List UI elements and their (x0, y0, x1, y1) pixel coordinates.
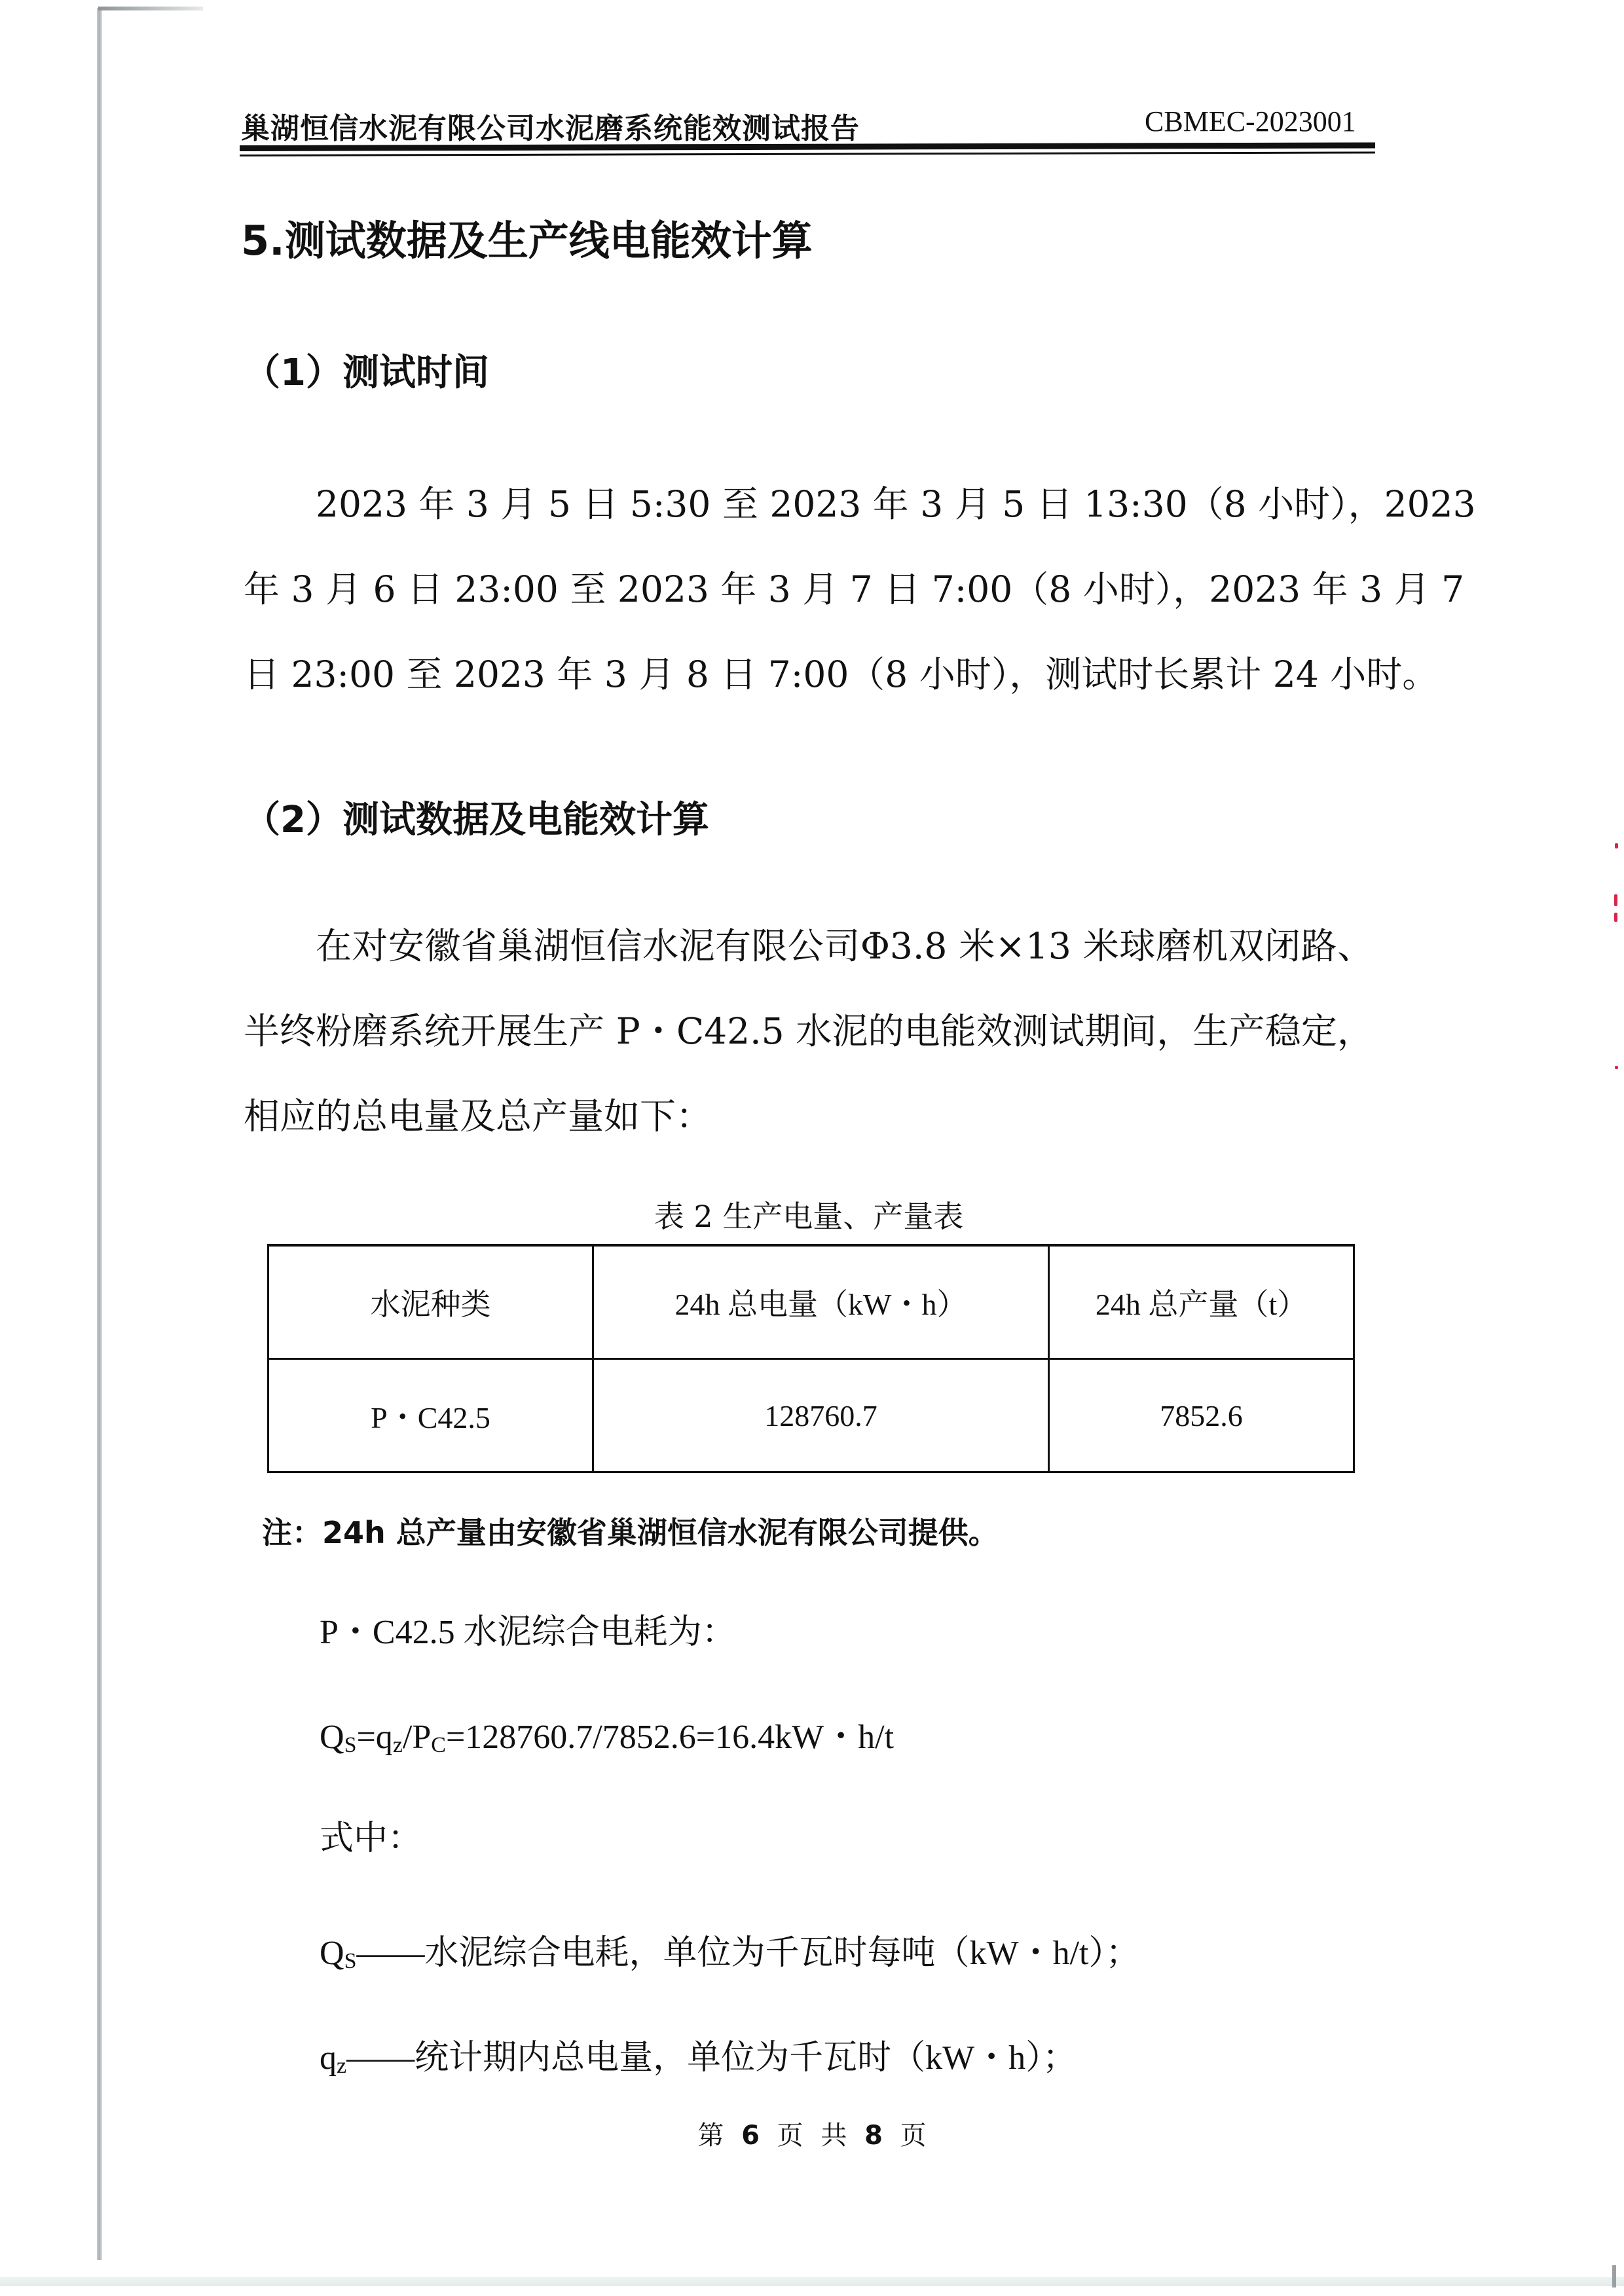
paragraph-line: 年 3 月 6 日 23:00 至 2023 年 3 月 7 日 7:00（8 … (244, 547, 1373, 632)
formula-result: =128760.7/7852.6=16.4kW・h/t (446, 1719, 894, 1756)
definition-qz: qz——统计期内总电量，单位为千瓦时（kW・h）； (320, 2030, 1077, 2079)
def-text: ——统计期内总电量，单位为千瓦时（kW・h）； (346, 2039, 1077, 2077)
def-subscript: S (344, 1949, 357, 1973)
page-number: 第 6 页 共 8 页 (0, 2115, 1624, 2152)
report-code: CBMEC-2023001 (1145, 105, 1356, 138)
scan-page-edge-corner (1612, 2265, 1616, 2287)
scan-page-edge-left (97, 8, 102, 2260)
calc-intro: P・C42.5 水泥综合电耗为： (320, 1604, 736, 1653)
formula-subscript: S (344, 1733, 357, 1757)
production-table: 水泥种类 24h 总电量（kW・h） 24h 总产量（t） P・C42.5 12… (267, 1244, 1355, 1473)
table-caption: 表 2 生产电量、产量表 (0, 1193, 1624, 1236)
formula-symbol: Q (320, 1719, 344, 1756)
seal-edge-mark (1615, 1066, 1618, 1069)
subsection-title-test-data: （2）测试数据及电能效计算 (244, 791, 709, 843)
formula-part: =q (356, 1719, 392, 1756)
column-header-total-power: 24h 总电量（kW・h） (593, 1245, 1049, 1359)
total-pages: 8 (864, 2121, 883, 2151)
column-header-cement-type: 水泥种类 (268, 1245, 593, 1359)
footer-text: 页 共 (777, 2121, 847, 2151)
def-symbol: Q (320, 1935, 344, 1972)
cell-cement-type: P・C42.5 (268, 1359, 593, 1472)
table-header-row: 水泥种类 24h 总电量（kW・h） 24h 总产量（t） (268, 1245, 1354, 1359)
header-rule-thin (240, 151, 1375, 156)
def-subscript: z (337, 2054, 346, 2078)
report-title-header: 巢湖恒信水泥有限公司水泥磨系统能效测试报告 (241, 105, 860, 147)
test-data-paragraph: 在对安徽省巢湖恒信水泥有限公司Φ3.8 米×13 米球磨机双闭路、 半终粉磨系统… (244, 903, 1373, 1159)
scan-page-edge-top (98, 7, 203, 10)
seal-edge-mark (1614, 894, 1617, 906)
paragraph-line: 半终粉磨系统开展生产 P・C42.5 水泥的电能效测试期间，生产稳定， (244, 989, 1373, 1074)
current-page: 6 (741, 2121, 760, 2151)
formula-subscript: z (393, 1733, 403, 1757)
paragraph-line: 2023 年 3 月 5 日 5:30 至 2023 年 3 月 5 日 13:… (244, 462, 1373, 547)
cell-total-output: 7852.6 (1049, 1359, 1354, 1472)
table-row: P・C42.5 128760.7 7852.6 (268, 1359, 1354, 1472)
subsection-title-test-time: （1）测试时间 (244, 344, 489, 396)
definition-qs: QS——水泥综合电耗，单位为千瓦时每吨（kW・h/t）； (320, 1925, 1139, 1974)
calc-formula: QS=qz/PC=128760.7/7852.6=16.4kW・h/t (320, 1709, 894, 1758)
cell-total-power: 128760.7 (593, 1359, 1049, 1472)
formula-part: /P (403, 1719, 431, 1756)
paragraph-line: 日 23:00 至 2023 年 3 月 8 日 7:00（8 小时），测试时长… (244, 632, 1373, 717)
paragraph-line: 在对安徽省巢湖恒信水泥有限公司Φ3.8 米×13 米球磨机双闭路、 (244, 903, 1373, 989)
seal-edge-mark (1615, 843, 1618, 848)
footer-text: 页 (900, 2121, 927, 2151)
section-title: 5.测试数据及生产线电能效计算 (241, 208, 813, 266)
footer-text: 第 (697, 2121, 724, 2151)
def-text: ——水泥综合电耗，单位为千瓦时每吨（kW・h/t）； (356, 1935, 1139, 1972)
where-label: 式中： (320, 1810, 422, 1859)
def-symbol: q (320, 2039, 337, 2077)
table-note: 注：24h 总产量由安徽省巢湖恒信水泥有限公司提供。 (262, 1509, 999, 1552)
test-time-paragraph: 2023 年 3 月 5 日 5:30 至 2023 年 3 月 5 日 13:… (244, 462, 1373, 717)
table-caption-text: 表 2 生产电量、产量表 (654, 1193, 964, 1236)
scan-page-edge-bottom (0, 2277, 1624, 2286)
formula-subscript: C (431, 1733, 446, 1757)
column-header-total-output: 24h 总产量（t） (1049, 1245, 1354, 1359)
paragraph-line: 相应的总电量及总产量如下： (244, 1074, 1373, 1159)
seal-edge-mark (1614, 913, 1617, 922)
